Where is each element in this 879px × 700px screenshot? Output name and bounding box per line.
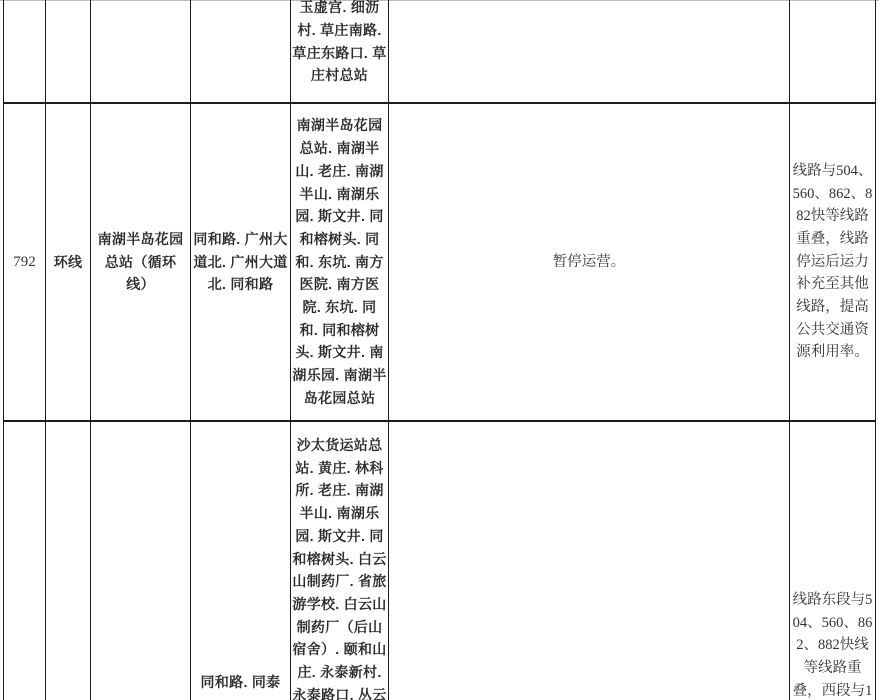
cell-remarks: 线路与504、 560、862、8 82快等线路 重叠，线路 停运后运力 补充至… bbox=[790, 104, 875, 420]
table-vline bbox=[875, 0, 876, 700]
cell-stations: 南湖半岛花园 总站. 南湖半 山. 老庄. 南湖 半山. 南湖乐 园. 斯文井.… bbox=[291, 104, 388, 420]
cell-terminals: 南湖半岛花园 总站（循环 线） bbox=[91, 104, 190, 420]
cell-stations-partial-bottom: 沙太货运站总 站. 黄庄. 林科 所. 老庄. 南湖 半山. 南湖乐 园. 斯文… bbox=[291, 422, 388, 700]
cell-roads: 同和路. 广州大 道北. 广州大道 北. 同和路 bbox=[191, 104, 290, 420]
cell-description: 暂停运营。 bbox=[389, 104, 789, 420]
table-top-cut-line bbox=[0, 0, 879, 1]
cell-remarks-partial-bottom: 线路东段与5 04、560、86 2、882快线 等线路重 叠，西段与1 bbox=[790, 422, 875, 700]
cell-stations-partial-top: 玉虚宫. 细沥 村. 草庄南路. 草庄东路口. 草 庄村总站 bbox=[291, 0, 388, 103]
bus-route-table-page: 玉虚宫. 细沥 村. 草庄南路. 草庄东路口. 草 庄村总站 792 环线 南湖… bbox=[0, 0, 879, 700]
cell-route-number: 792 bbox=[4, 104, 45, 420]
cell-roads-partial-bottom: 同和路. 同泰 bbox=[191, 422, 290, 700]
cell-route-type: 环线 bbox=[46, 104, 90, 420]
table-hline bbox=[3, 420, 876, 422]
